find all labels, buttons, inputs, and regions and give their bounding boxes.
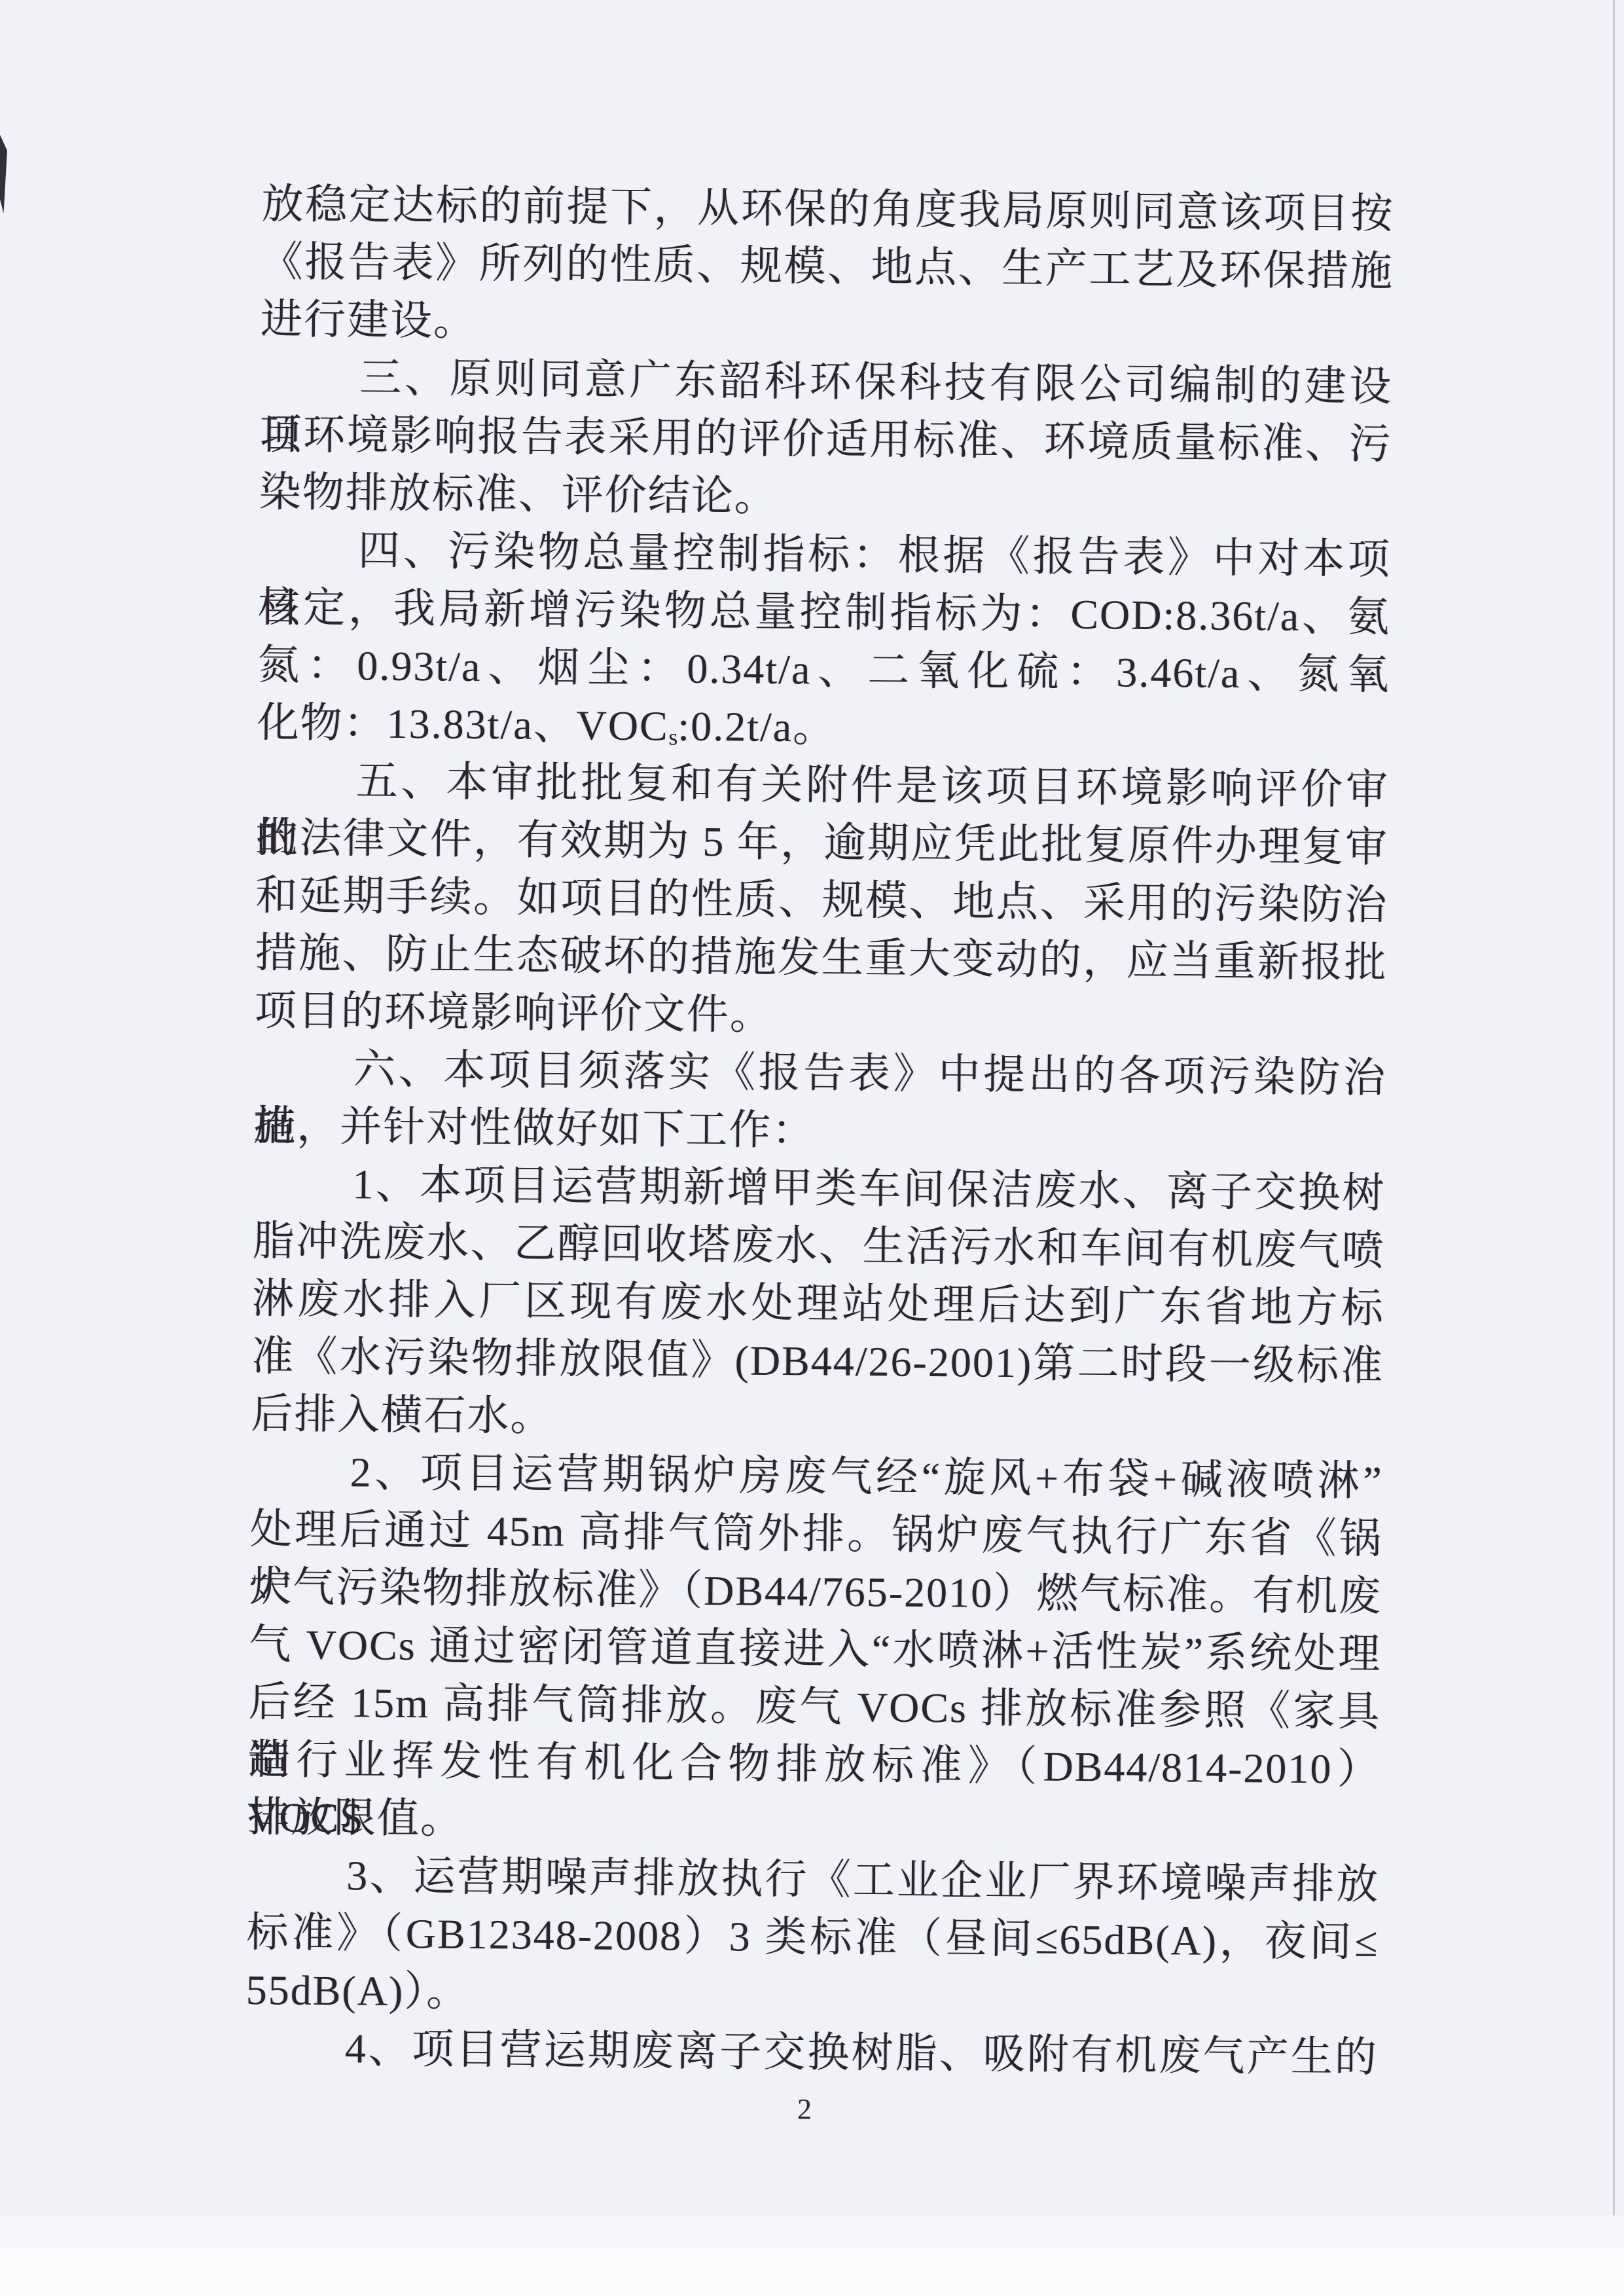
- text-line: 准《水污染物排放限值》(DB44/26-2001)第二时段一级标准: [251, 1328, 1384, 1395]
- text-line: 处理后通过 45m 高排气筒外排。锅炉废气执行广东省《锅炉: [250, 1501, 1383, 1568]
- text-line: 目环境影响报告表采用的评价适用标准、环境质量标准、污: [259, 406, 1392, 473]
- text-line: 进行建设。: [261, 291, 1394, 358]
- page-number: 2: [797, 2092, 812, 2126]
- document-body: 放稳定达标的前提下，从环保的角度我局原则同意该项目按 《报告表》所列的性质、规模…: [245, 175, 1394, 2086]
- text-line: 放稳定达标的前提下，从环保的角度我局原则同意该项目按: [261, 175, 1394, 243]
- text-line: 的法律文件，有效期为 5 年，逾期应凭此批复原件办理复审: [256, 809, 1389, 877]
- text-line: 氮：0.93t/a、烟尘：0.34t/a、二氧化硫：3.46t/a、氮氧: [257, 636, 1390, 704]
- text-line: 排放限值。: [247, 1789, 1380, 1856]
- scan-edge-speck: [0, 135, 7, 213]
- text-line: 后排入横石水。: [251, 1385, 1384, 1453]
- scan-edge-line: [1613, 0, 1615, 2248]
- text-line: 五、本审批批复和有关附件是该项目环境影响评价审批: [257, 752, 1390, 819]
- voc-subscript: s: [668, 724, 677, 750]
- text-line: 后经 15m 高排气筒排放。废气 VOCs 排放标准参照《家具制: [248, 1673, 1381, 1741]
- text-line: 化物：13.83t/a、VOCs:0.2t/a。: [257, 694, 1390, 761]
- text-line: 和延期手续。如项目的性质、规模、地点、采用的污染防治: [255, 867, 1388, 934]
- scan-light-band: [0, 2215, 1624, 2248]
- scanned-page: 放稳定达标的前提下，从环保的角度我局原则同意该项目按 《报告表》所列的性质、规模…: [0, 0, 1624, 2296]
- text-line: 四、污染物总量控制指标：根据《报告表》中对本项目: [259, 521, 1392, 589]
- text-line: 气 VOCs 通过密闭管道直接进入“水喷淋+活性炭”系统处理: [249, 1616, 1382, 1683]
- text-line: 55dB(A)）。: [245, 1961, 1379, 2029]
- text-line: 淋废水排入厂区现有废水处理站处理后达到广东省地方标: [252, 1270, 1385, 1338]
- text-line: 核定，我局新增污染物总量控制指标为：COD:8.36t/a、氨: [258, 579, 1391, 646]
- text-line: 标准》（GB12348-2008）3 类标准（昼间≤65dB(A)，夜间≤: [246, 1904, 1379, 1971]
- text-line: 三、原则同意广东韶科环保科技有限公司编制的建设项: [260, 348, 1393, 416]
- text-line: 4、项目营运期废离子交换树脂、吸附有机废气产生的: [245, 2019, 1379, 2086]
- text-line: 染物排放标准、评价结论。: [259, 464, 1392, 531]
- voc-line-pre: 化物：13.83t/a、VOC: [257, 699, 669, 749]
- text-line: 1、本项目运营期新增甲类车间保洁废水、离子交换树: [253, 1155, 1386, 1222]
- text-line: 项目的环境影响评价文件。: [254, 982, 1387, 1049]
- text-line: 施，并针对性做好如下工作：: [253, 1097, 1386, 1165]
- text-line: 2、项目运营期锅炉房废气经“旋风+布袋+碱液喷淋”: [250, 1443, 1383, 1510]
- text-line: 《报告表》所列的性质、规模、地点、生产工艺及环保措施: [261, 233, 1394, 301]
- scan-bottom-strip: [0, 2248, 1624, 2296]
- text-line: 脂冲洗废水、乙醇回收塔废水、生活污水和车间有机废气喷: [252, 1212, 1385, 1280]
- voc-line-post: :0.2t/a。: [677, 703, 836, 751]
- text-line: 大气污染物排放标准》（DB44/765-2010）燃气标准。有机废: [249, 1558, 1382, 1626]
- text-line: 3、运营期噪声排放执行《工业企业厂界环境噪声排放: [247, 1846, 1380, 1914]
- text-line: 造行业挥发性有机化合物排放标准》（DB44/814-2010）VOCS: [247, 1731, 1380, 1798]
- text-line: 措施、防止生态破坏的措施发生重大变动的，应当重新报批: [255, 924, 1388, 992]
- text-line: 六、本项目须落实《报告表》中提出的各项污染防治措: [254, 1040, 1387, 1107]
